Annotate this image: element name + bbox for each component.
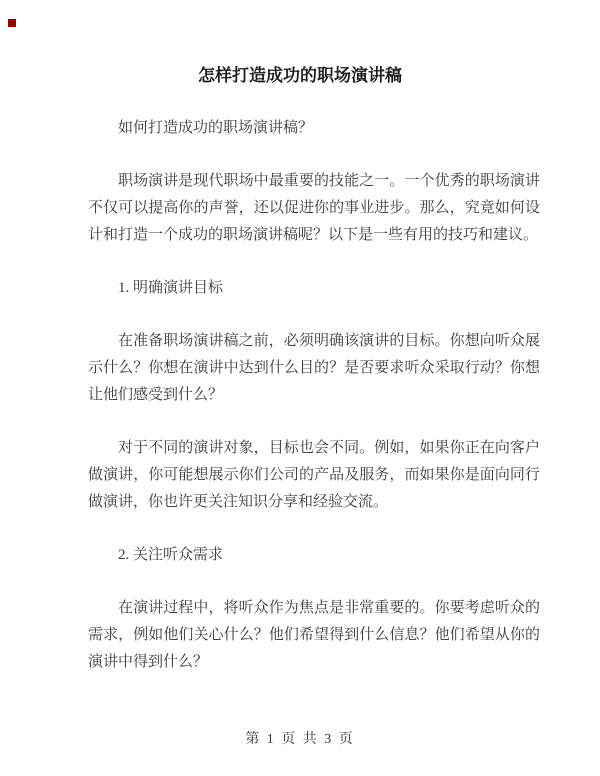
- paragraph: 职场演讲是现代职场中最重要的技能之一。一个优秀的职场演讲不仅可以提高你的声誉，还…: [88, 168, 540, 249]
- paragraph: 在演讲过程中，将听众作为焦点是非常重要的。你要考虑听众的需求，例如他们关心什么？…: [88, 595, 540, 676]
- page-number-footer: 第 1 页 共 3 页: [0, 732, 600, 748]
- red-marker: [8, 19, 16, 27]
- paragraph: 在准备职场演讲稿之前，必须明确该演讲的目标。你想向听众展示什么？你想在演讲中达到…: [88, 328, 540, 409]
- paragraph: 对于不同的演讲对象，目标也会不同。例如，如果你正在向客户做演讲，你可能想展示你们…: [88, 435, 540, 516]
- document-title: 怎样打造成功的职场演讲稿: [60, 62, 540, 89]
- section-heading: 1. 明确演讲目标: [88, 275, 540, 302]
- section-heading: 2. 关注听众需求: [88, 542, 540, 569]
- document-page: 怎样打造成功的职场演讲稿 如何打造成功的职场演讲稿？ 职场演讲是现代职场中最重要…: [0, 0, 600, 776]
- paragraph: 如何打造成功的职场演讲稿？: [88, 115, 540, 142]
- document-body: 怎样打造成功的职场演讲稿 如何打造成功的职场演讲稿？ 职场演讲是现代职场中最重要…: [0, 0, 600, 676]
